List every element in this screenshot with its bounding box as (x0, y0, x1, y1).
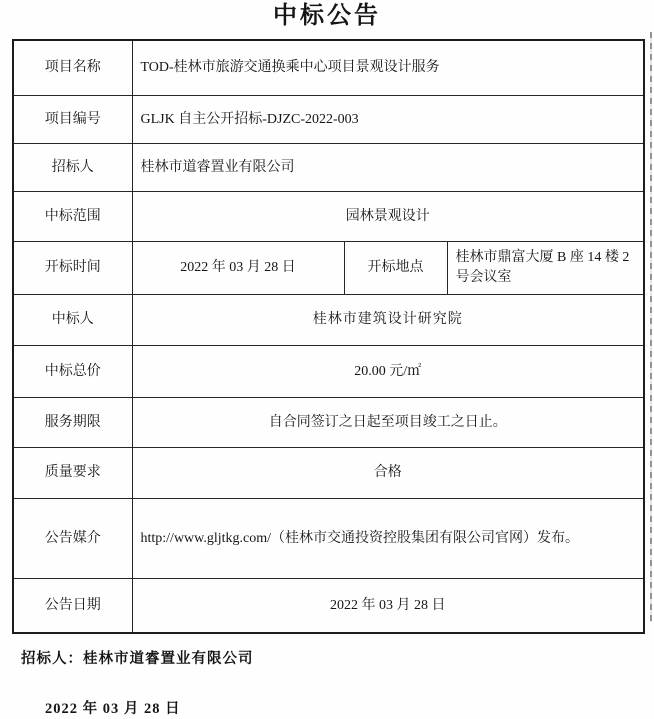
value-bid-opening-time: 2022 年 03 月 28 日 (132, 242, 344, 295)
announcement-table: 项目名称 TOD-桂林市旅游交通换乘中心项目景观设计服务 项目编号 GLJK 自… (12, 39, 645, 634)
table-row-project-name: 项目名称 TOD-桂林市旅游交通换乘中心项目景观设计服务 (13, 40, 644, 96)
footer-bidder-signature: 招标人：桂林市道睿置业有限公司 (21, 647, 254, 668)
value-winning-bidder: 桂林市建筑设计研究院 (132, 295, 644, 346)
label-bid-opening-place: 开标地点 (344, 242, 447, 295)
label-winning-total-price: 中标总价 (13, 346, 132, 398)
page-title: 中标公告 (0, 1, 654, 31)
value-winning-total-price: 20.00 元/㎡ (132, 346, 644, 398)
table-row-announcement-date: 公告日期 2022 年 03 月 28 日 (13, 579, 644, 634)
footer-date-line: 2022 年 03 月 28 日 (45, 697, 181, 718)
value-project-name: TOD-桂林市旅游交通换乘中心项目景观设计服务 (132, 40, 644, 96)
label-quality-requirement: 质量要求 (13, 448, 132, 499)
label-bid-opening-time: 开标时间 (13, 242, 132, 295)
table-row-quality-requirement: 质量要求 合格 (13, 448, 644, 499)
label-announcement-media: 公告媒介 (13, 499, 132, 579)
value-tenderer: 桂林市道睿置业有限公司 (132, 144, 644, 192)
table-row-tenderer: 招标人 桂林市道睿置业有限公司 (13, 144, 644, 192)
table-row-bid-scope: 中标范围 园林景观设计 (13, 192, 644, 242)
label-service-period: 服务期限 (13, 398, 132, 448)
value-service-period: 自合同签订之日起至项目竣工之日止。 (132, 398, 644, 448)
value-quality-requirement: 合格 (132, 448, 644, 499)
label-project-number: 项目编号 (13, 96, 132, 144)
table-row-bid-opening: 开标时间 2022 年 03 月 28 日 开标地点 桂林市鼎富大厦 B 座 1… (13, 242, 644, 295)
label-winning-bidder: 中标人 (13, 295, 132, 346)
table-row-announcement-media: 公告媒介 http://www.gljtkg.com/（桂林市交通投资控股集团有… (13, 499, 644, 579)
scan-edge-artifact (650, 32, 652, 622)
value-bid-opening-place: 桂林市鼎富大厦 B 座 14 楼 2 号会议室 (447, 242, 644, 295)
value-announcement-date: 2022 年 03 月 28 日 (132, 579, 644, 634)
value-project-number: GLJK 自主公开招标-DJZC-2022-003 (132, 96, 644, 144)
label-tenderer: 招标人 (13, 144, 132, 192)
table-row-winning-bidder: 中标人 桂林市建筑设计研究院 (13, 295, 644, 346)
label-bid-scope: 中标范围 (13, 192, 132, 242)
label-project-name: 项目名称 (13, 40, 132, 96)
label-announcement-date: 公告日期 (13, 579, 132, 634)
table-row-service-period: 服务期限 自合同签订之日起至项目竣工之日止。 (13, 398, 644, 448)
announcement-page: 中标公告 项目名称 TOD-桂林市旅游交通换乘中心项目景观设计服务 项目编号 G… (0, 0, 654, 719)
value-announcement-media: http://www.gljtkg.com/（桂林市交通投资控股集团有限公司官网… (132, 499, 644, 579)
value-bid-scope: 园林景观设计 (132, 192, 644, 242)
table-row-project-number: 项目编号 GLJK 自主公开招标-DJZC-2022-003 (13, 96, 644, 144)
table-row-winning-total-price: 中标总价 20.00 元/㎡ (13, 346, 644, 398)
